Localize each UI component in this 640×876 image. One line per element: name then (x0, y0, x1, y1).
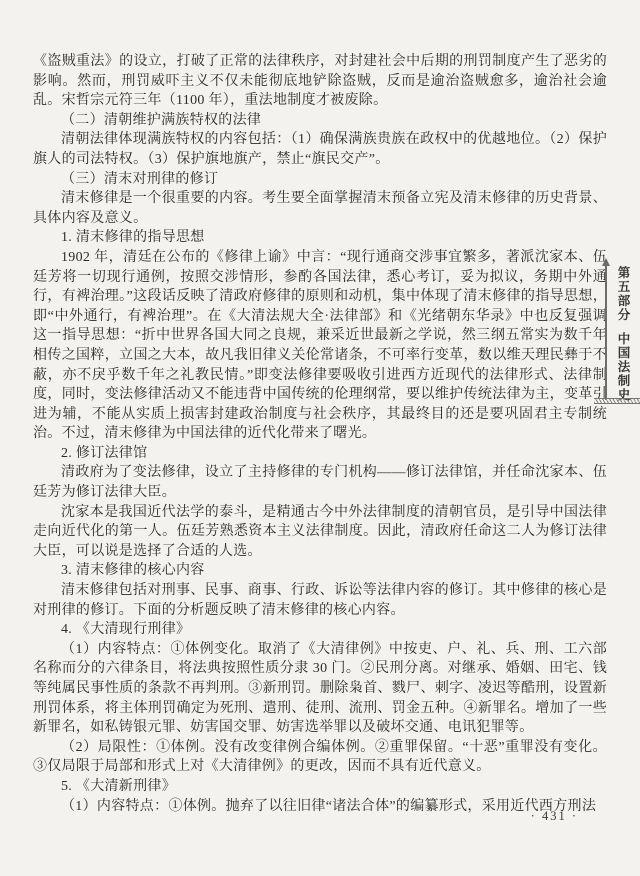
page-number: · 431 · (531, 809, 578, 824)
margin-tab: 第五部分中国法制史 (598, 258, 640, 404)
paragraph: 清朝法律体现满族特权的内容包括：（1）确保满族贵族在政权中的优越地位。（2）保护… (33, 130, 607, 169)
section-heading: 3. 清末修律的核心内容 (33, 561, 607, 581)
subject-label: 中国法制史 (616, 332, 630, 402)
section-heading: 1. 清末修律的指导思想 (33, 228, 607, 248)
margin-tab-label: 第五部分中国法制史 (614, 266, 632, 402)
tab-shaft-rule (605, 264, 607, 400)
tab-baseline-rule (594, 398, 640, 404)
paragraph: （2）局限性：①体例。没有改变律例合编体例。②重罪保留。“十恶”重罪没有变化。③… (33, 738, 607, 777)
section-heading: （二）清朝维护满族特权的法律 (33, 111, 607, 131)
paragraph: 清末修律包括对刑事、民事、商事、行政、诉讼等法律内容的修订。其中修律的核心是对刑… (33, 581, 607, 620)
paragraph: 《盗贼重法》的设立，打破了正常的法律秩序，对封建社会中后期的刑罚制度产生了恶劣的… (33, 52, 607, 111)
part-label: 第五部分 (614, 266, 632, 322)
paragraph: 1902 年，清廷在公布的《修律上谕》中言：“现行通商交涉事宜繁多，著派沈家本、… (33, 248, 607, 444)
section-heading: 5. 《大清新刑律》 (33, 777, 607, 797)
section-heading: （三）清末对刑律的修订 (33, 170, 607, 190)
section-heading: 4. 《大清现行刑律》 (33, 620, 607, 640)
paragraph: （1）内容特点：①体例。抛弃了以往旧律“诸法合体”的编纂形式，采用近代西方刑法 (33, 797, 607, 817)
paragraph: 清末修律是一个很重要的内容。考生要全面掌握清末预备立宪及清末修律的历史背景、具体… (33, 189, 607, 228)
paragraph: （1）内容特点：①体例变化。取消了《大清律例》中按吏、户、礼、兵、刑、工六部名称… (33, 640, 607, 738)
document-page: 《盗贼重法》的设立，打破了正常的法律秩序，对封建社会中后期的刑罚制度产生了恶劣的… (0, 0, 640, 876)
section-heading: 2. 修订法律馆 (33, 444, 607, 464)
page-content: 《盗贼重法》的设立，打破了正常的法律秩序，对封建社会中后期的刑罚制度产生了恶劣的… (33, 52, 607, 816)
paragraph: 清政府为了变法修律，设立了主持修律的专门机构——修订法律馆，并任命沈家本、伍廷芳… (33, 463, 607, 502)
paragraph: 沈家本是我国近代法学的泰斗，是精通古今中外法律制度的清朝官员，是引导中国法律走向… (33, 503, 607, 562)
